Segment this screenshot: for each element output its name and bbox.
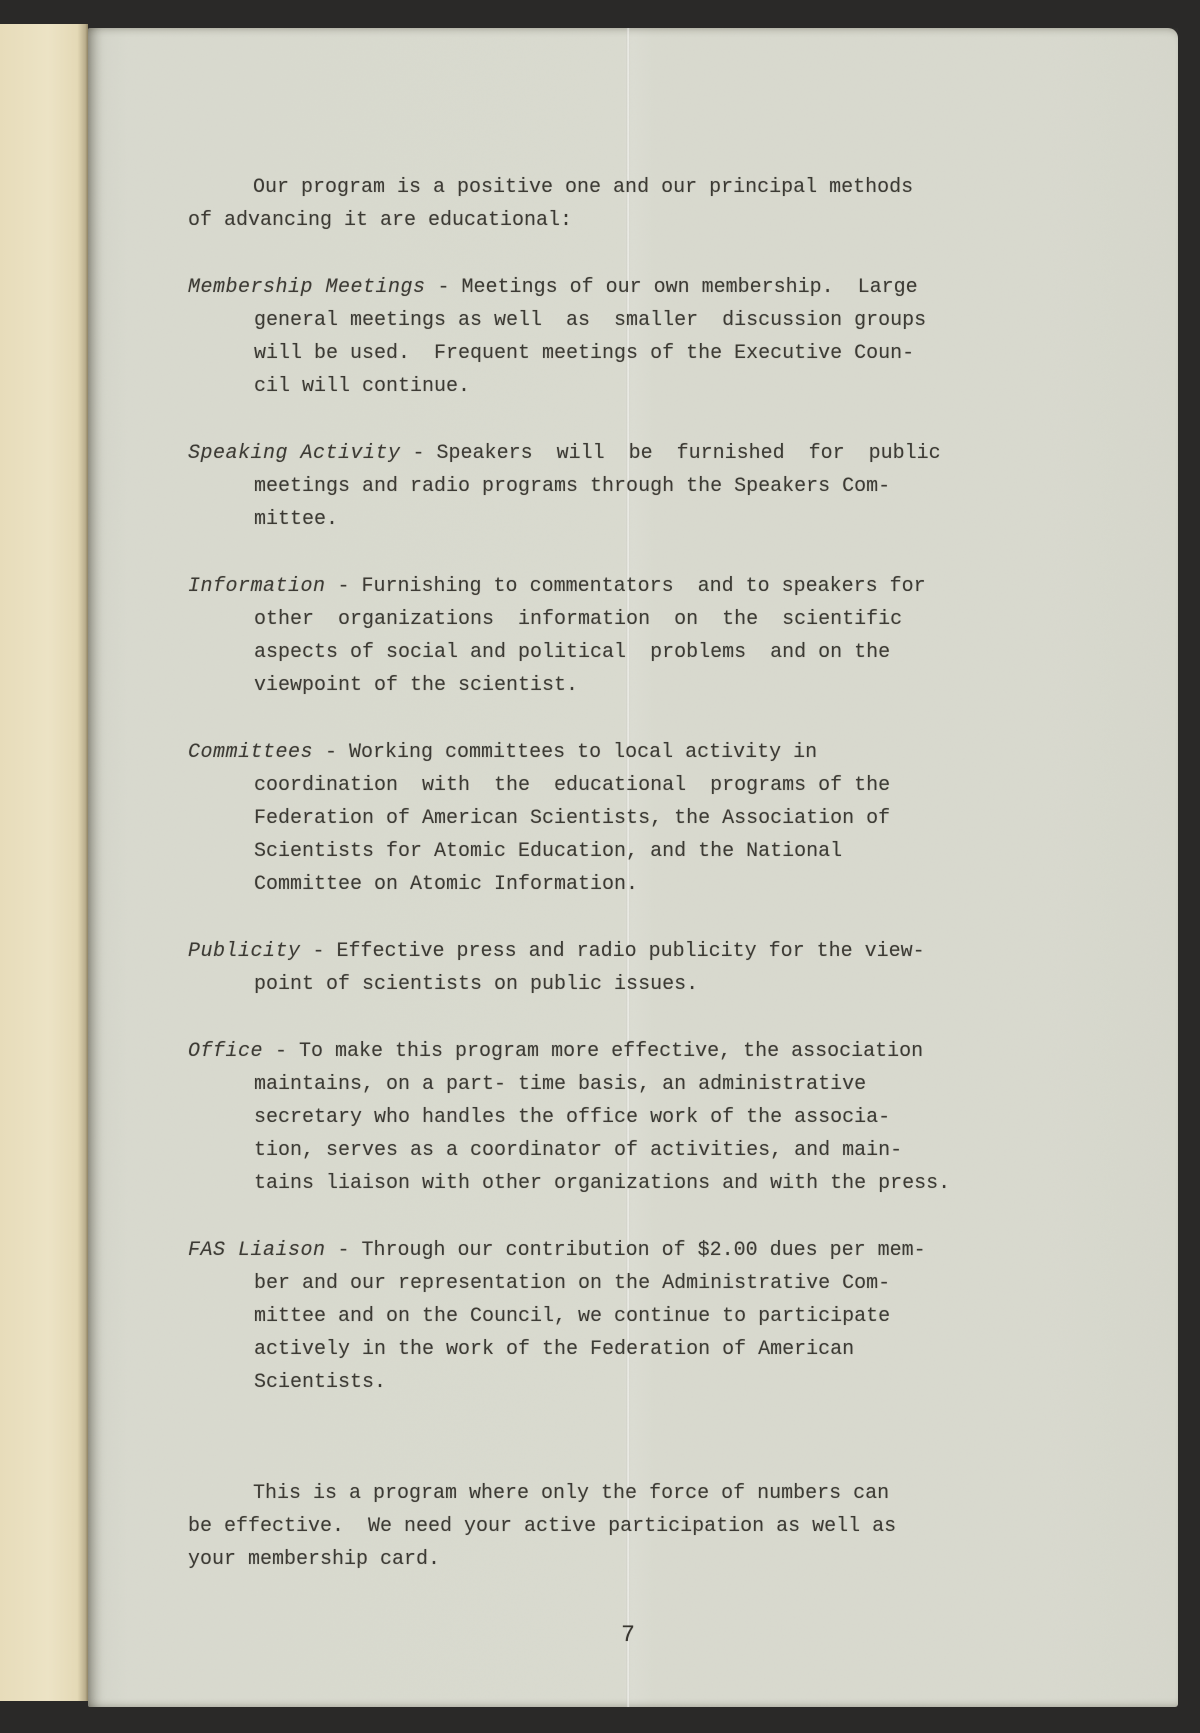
- section-membership-meetings: Membership Meetings - Meetings of our ow…: [188, 271, 1178, 403]
- paragraph-line: of advancing it are educational:: [188, 204, 1178, 237]
- section-first-line-text: - Speakers will be furnished for public: [401, 442, 941, 465]
- section-office: Office - To make this program more effec…: [188, 1035, 1178, 1200]
- paragraph-line: maintains, on a part- time basis, an adm…: [188, 1068, 1178, 1101]
- closing-paragraph: This is a program where only the force o…: [188, 1477, 1178, 1576]
- paragraph-line: aspects of social and political problems…: [188, 636, 1178, 669]
- section-heading: Committees: [188, 741, 313, 764]
- section-first-line-text: - Working committees to local activity i…: [313, 741, 817, 764]
- section-first-line: Office - To make this program more effec…: [188, 1035, 1178, 1068]
- section-first-line: Speaking Activity - Speakers will be fur…: [188, 437, 1178, 470]
- paragraph-line: will be used. Frequent meetings of the E…: [188, 337, 1178, 370]
- section-first-line: Committees - Working committees to local…: [188, 736, 1178, 769]
- paragraph-line: tion, serves as a coordinator of activit…: [188, 1134, 1178, 1167]
- section-publicity: Publicity - Effective press and radio pu…: [188, 935, 1178, 1001]
- section-first-line: Publicity - Effective press and radio pu…: [188, 935, 1178, 968]
- section-first-line: FAS Liaison - Through our contribution o…: [188, 1234, 1178, 1267]
- paragraph-line: actively in the work of the Federation o…: [188, 1333, 1178, 1366]
- page-number: 7: [88, 1622, 1168, 1648]
- paragraph-line: Committee on Atomic Information.: [188, 868, 1178, 901]
- adjacent-page-edge: [0, 24, 88, 1701]
- section-first-line: Membership Meetings - Meetings of our ow…: [188, 271, 1178, 304]
- paragraph-line: other organizations information on the s…: [188, 603, 1178, 636]
- section-first-line-text: - Furnishing to commentators and to spea…: [326, 575, 926, 598]
- paragraph-line: viewpoint of the scientist.: [188, 669, 1178, 702]
- paragraph-line: coordination with the educational progra…: [188, 769, 1178, 802]
- section-first-line-text: - Through our contribution of $2.00 dues…: [326, 1239, 926, 1262]
- paragraph-line: Scientists.: [188, 1366, 1178, 1399]
- paragraph-line: tains liaison with other organizations a…: [188, 1167, 1178, 1200]
- paragraph-line: ber and our representation on the Admini…: [188, 1267, 1178, 1300]
- paragraph-line: This is a program where only the force o…: [188, 1477, 1178, 1510]
- paragraph-line: be effective. We need your active partic…: [188, 1510, 1178, 1543]
- paragraph-line: Federation of American Scientists, the A…: [188, 802, 1178, 835]
- section-fas-liaison: FAS Liaison - Through our contribution o…: [188, 1234, 1178, 1399]
- paragraph-line: general meetings as well as smaller disc…: [188, 304, 1178, 337]
- paragraph-line: secretary who handles the office work of…: [188, 1101, 1178, 1134]
- section-heading: Publicity: [188, 940, 301, 963]
- section-heading: Office: [188, 1040, 263, 1063]
- intro-paragraph: Our program is a positive one and our pr…: [188, 171, 1178, 237]
- section-first-line-text: - Effective press and radio publicity fo…: [301, 940, 925, 963]
- paragraph-line: cil will continue.: [188, 370, 1178, 403]
- section-heading: Membership Meetings: [188, 276, 426, 299]
- section-first-line-text: - Meetings of our own membership. Large: [426, 276, 918, 299]
- section-heading: Information: [188, 575, 326, 598]
- section-heading: Speaking Activity: [188, 442, 401, 465]
- section-speaking-activity: Speaking Activity - Speakers will be fur…: [188, 437, 1178, 536]
- paragraph-line: mittee.: [188, 503, 1178, 536]
- paragraph-line: Our program is a positive one and our pr…: [188, 171, 1178, 204]
- paragraph-line: mittee and on the Council, we continue t…: [188, 1300, 1178, 1333]
- booklet-page: Our program is a positive one and our pr…: [88, 28, 1178, 1707]
- section-first-line-text: - To make this program more effective, t…: [263, 1040, 923, 1063]
- page-content: Our program is a positive one and our pr…: [88, 28, 1178, 1576]
- section-first-line: Information - Furnishing to commentators…: [188, 570, 1178, 603]
- paragraph-line: Scientists for Atomic Education, and the…: [188, 835, 1178, 868]
- section-committees: Committees - Working committees to local…: [188, 736, 1178, 901]
- paragraph-line: your membership card.: [188, 1543, 1178, 1576]
- section-information: Information - Furnishing to commentators…: [188, 570, 1178, 702]
- paragraph-line: meetings and radio programs through the …: [188, 470, 1178, 503]
- paragraph-line: point of scientists on public issues.: [188, 968, 1178, 1001]
- section-heading: FAS Liaison: [188, 1239, 326, 1262]
